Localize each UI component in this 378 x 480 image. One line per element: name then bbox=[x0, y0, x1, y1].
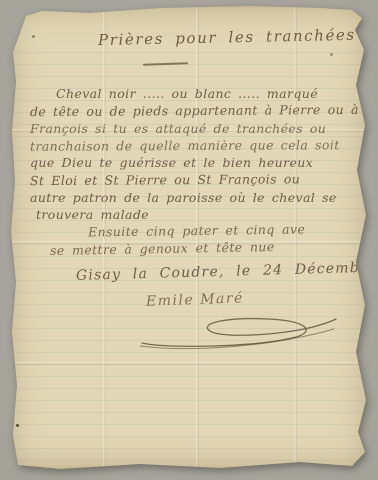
ink-speck bbox=[330, 53, 333, 56]
title-underline-dash bbox=[143, 62, 188, 66]
ink-speck bbox=[32, 35, 35, 38]
manuscript-line: tranchaison de quelle manière que cela s… bbox=[30, 136, 358, 155]
dateline: Gisay la Coudre, le 24 Décembre 1896 bbox=[76, 258, 378, 284]
scan-background: Prières pour les tranchées Cheval noir .… bbox=[0, 0, 378, 480]
paper-sheet: Prières pour les tranchées Cheval noir .… bbox=[8, 5, 368, 469]
body-paragraph: Cheval noir ..... ou blanc ..... marqué … bbox=[30, 85, 358, 223]
prayer-instruction-line: Ensuite cinq pater et cinq ave bbox=[88, 221, 305, 239]
ink-speck bbox=[16, 424, 19, 427]
manuscript-line: que Dieu te guérisse et le bien heureux bbox=[30, 154, 358, 171]
manuscript-line: trouvera malade bbox=[30, 206, 358, 223]
manuscript-line: autre patron de la paroisse où le cheval… bbox=[30, 189, 358, 206]
fold-crease-vertical bbox=[294, 5, 297, 469]
manuscript-line: St Eloi et St Pierre ou St François ou bbox=[30, 170, 358, 190]
signature-flourish bbox=[138, 305, 338, 355]
fold-crease-horizontal bbox=[8, 362, 368, 365]
manuscript-line: Cheval noir ..... ou blanc ..... marqué bbox=[30, 85, 358, 102]
document-title: Prières pour les tranchées bbox=[98, 27, 298, 49]
manuscript-line: François si tu es attaqué de tranchées o… bbox=[30, 120, 358, 137]
prayer-instruction-line: se mettre à genoux et tête nue bbox=[50, 239, 275, 258]
manuscript-line: de tête ou de pieds appartenant à Pierre… bbox=[30, 101, 358, 121]
